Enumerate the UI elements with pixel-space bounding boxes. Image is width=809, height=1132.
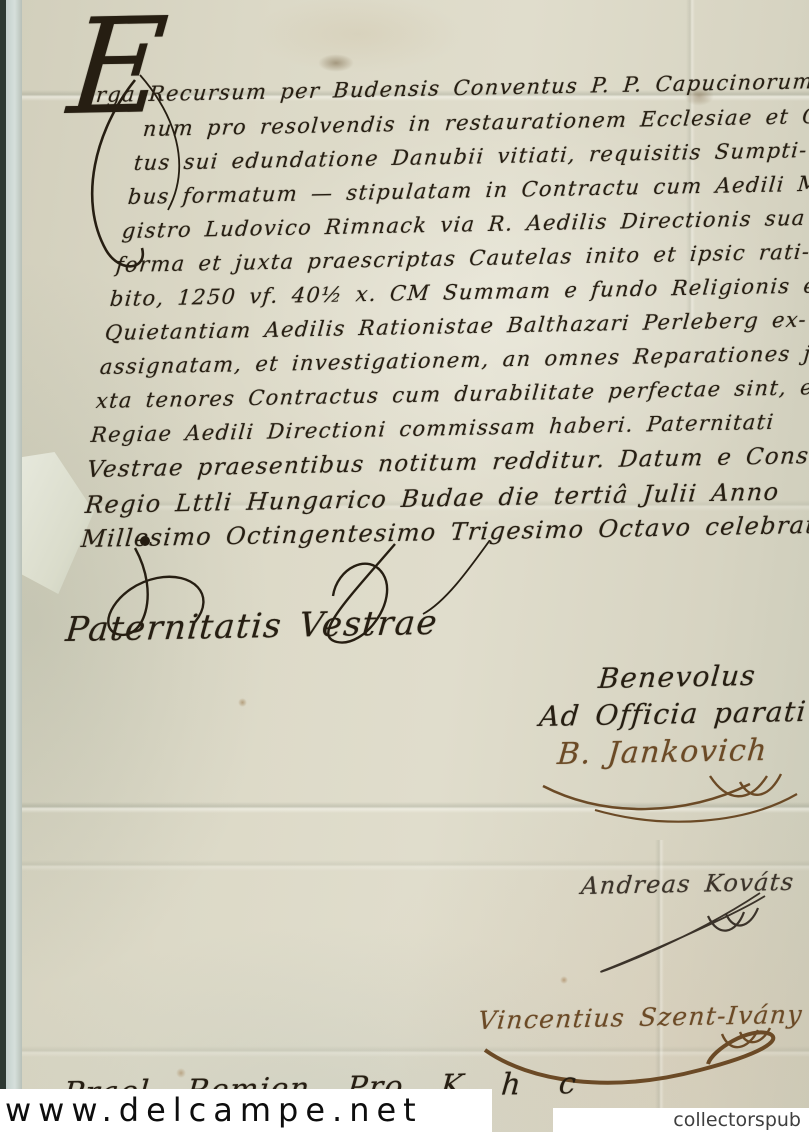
delcampe-watermark: www.delcampe.net	[0, 1089, 492, 1132]
scanned-letter: E rga Recursum per Budensis Conventus P.…	[0, 0, 809, 1132]
delcampe-watermark-text: www.delcampe.net	[5, 1091, 423, 1129]
valediction-line-2: Ad Officia parati	[538, 695, 808, 733]
scanner-edge-light	[6, 0, 22, 1132]
valediction-line-1: Benevolus	[597, 659, 758, 695]
opening-initial: E	[64, 0, 172, 134]
closing-line: Paternitatis Vestrae	[64, 603, 440, 650]
signature-jankovich: B. Jankovich	[556, 733, 769, 772]
collectorspub-watermark: collectorspub	[553, 1108, 809, 1132]
collectorspub-watermark-text: collectorspub	[673, 1109, 801, 1131]
signature-kovats: Andreas Kováts	[580, 868, 796, 900]
